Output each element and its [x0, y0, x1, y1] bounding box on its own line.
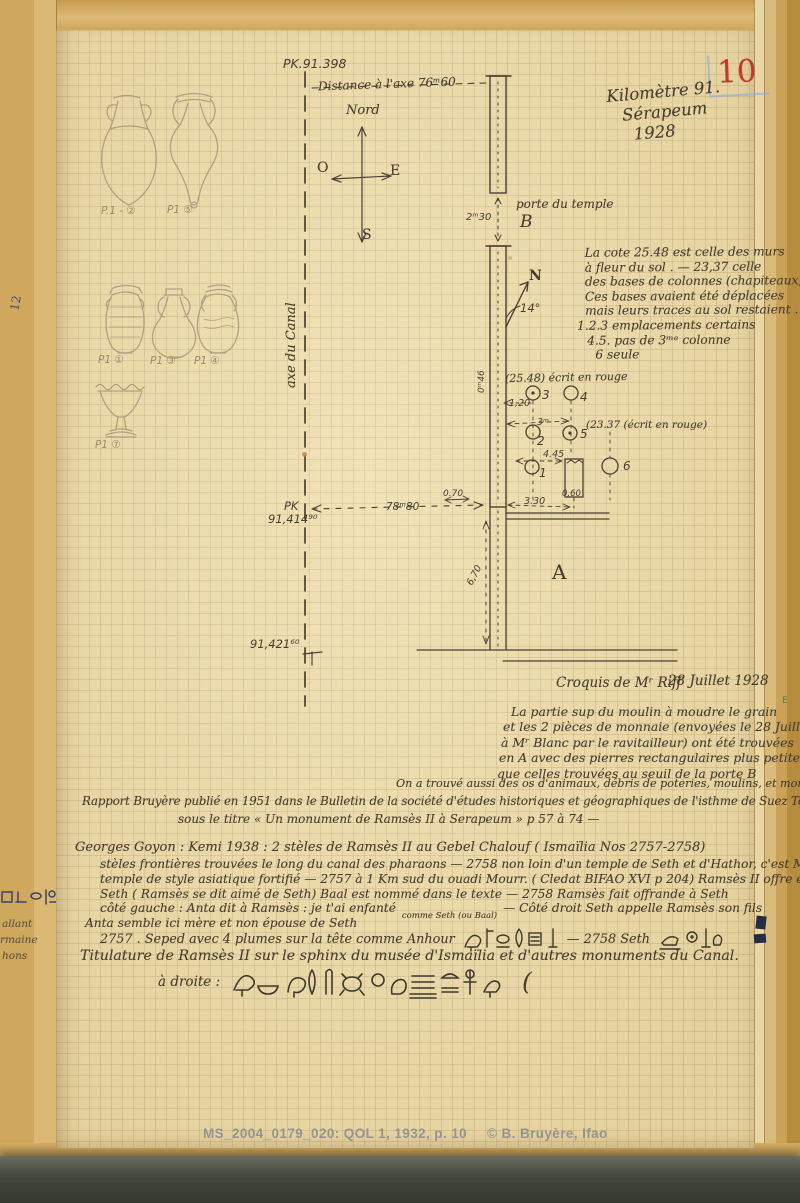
goyon-line-5c: — Côté droit Seth appelle Ramsès son fil…	[503, 901, 762, 915]
titulature-side-label: à droite :	[158, 974, 220, 990]
room-a-label: A	[552, 560, 566, 584]
croquis-caption: Croquis de Mʳ Riff	[556, 675, 682, 691]
jar-3-sketch	[197, 285, 238, 353]
margin-rotated-mark: 12	[7, 294, 23, 311]
found-objects-line: On a trouvé aussi des os d'animaux, débr…	[396, 777, 800, 790]
measure-060: 0,60	[562, 489, 581, 499]
measure-330: 3.30	[524, 496, 545, 507]
note-line: des bases de colonnes (chapiteaux)	[585, 273, 800, 289]
pk-left-line2: 91,414⁹⁰	[268, 513, 317, 526]
amphora-1-sketch	[102, 96, 157, 206]
red-note-2337: (23.37 (écrit en rouge)	[586, 419, 707, 431]
notebook-scan: 10 PK.91.398 Kilomètre 91. Sérapeum 1928	[0, 0, 800, 1203]
titulature-glyphs-icon	[226, 962, 516, 1002]
column-number-6: 6	[623, 459, 631, 473]
column-number-4: 4	[580, 390, 588, 404]
north-angle-label: 14°	[520, 301, 540, 315]
note-line: 1.2.3 emplacements certains	[577, 317, 800, 333]
titulature-glyph-row: à droite : (	[158, 962, 532, 1002]
right-note-block: La cote 25.48 est celle des murs à fleur…	[577, 244, 800, 362]
axis-label: axe du Canal	[284, 302, 299, 388]
note-line: 4.5. pas de 3ᵐᵉ colonne	[587, 332, 800, 348]
compass-south-label: S	[362, 227, 372, 243]
goyon-line-7b: — 2758 Seth	[567, 932, 650, 947]
measure-7880: 78ᵐ80	[386, 501, 419, 513]
north-letter: N	[529, 268, 542, 284]
measure-120: 1,20	[509, 398, 530, 409]
wall-width-label: 0ᵐ46	[477, 370, 487, 393]
column-number-1: 1	[539, 466, 547, 480]
note-line: mais leurs traces au sol restaient .	[585, 303, 800, 319]
goyon-line-1: Georges Goyon : Kemi 1938 : 2 stèles de …	[75, 840, 705, 855]
note-line: Ces bases avaient été déplacées	[585, 288, 800, 304]
note-line: La cote 25.48 est celle des murs	[585, 244, 800, 260]
goyon-line-5: côté gauche : Anta dit à Ramsès : je t'a…	[100, 901, 762, 915]
sketch-label-6: P1 ⑦	[95, 439, 121, 451]
paper-stain	[302, 452, 307, 457]
chalice-sketch	[96, 385, 144, 438]
paper-stain	[508, 256, 512, 260]
margin-fragment-2: rmaine	[0, 934, 38, 946]
amphora-2-sketch	[170, 94, 217, 209]
edge-letter-mark: E	[782, 696, 788, 706]
measure-3m: 3ᵐ	[537, 417, 549, 428]
rapport-line-1: Rapport Bruyère publié en 1951 dans le B…	[82, 794, 800, 808]
goyon-line-2: stèles frontières trouvées le long du ca…	[100, 857, 800, 871]
footer-credit: © B. Bruyère, Ifao	[487, 1126, 608, 1141]
page-edge-right-4	[787, 0, 800, 1203]
note-line: à fleur du sol . — 23,37 celle	[585, 259, 800, 275]
titulature-paren: (	[522, 968, 531, 996]
footer-id: MS_2004_0179_020: QOL 1, 1932, p. 10	[203, 1126, 467, 1141]
paragraph-line: en A avec des pierres rectangulaires plu…	[499, 750, 800, 765]
margin-fragment-1: allant	[2, 918, 32, 930]
column-number-2: 2	[537, 434, 545, 448]
sketch-label-4: P1 ③	[150, 355, 176, 367]
goyon-line-7a: 2757 . Seped avec 4 plumes sur la tête c…	[100, 932, 455, 947]
edge-ink-mark-2	[754, 934, 767, 944]
page-edge-top	[0, 0, 800, 30]
sketch-label-5: P1 ④	[194, 355, 220, 367]
page-number: 10	[716, 53, 757, 90]
note-line: 6 seule	[595, 346, 800, 362]
goyon-line-4: Seth ( Ramsès se dit aimé de Seth) Baal …	[100, 887, 729, 901]
table-shadow-bottom	[0, 1156, 800, 1203]
findings-paragraph: La partie sup du moulin à moudre le grai…	[497, 704, 800, 781]
pk-bottom-label: 91,421⁶⁰	[250, 637, 299, 651]
paragraph-line: La partie sup du moulin à moudre le grai…	[511, 704, 800, 719]
jar-1-sketch	[106, 286, 144, 354]
sketch-label-3: P1 ①	[98, 354, 124, 366]
page-title: Kilomètre 91. Sérapeum 1928	[606, 77, 725, 147]
gate-letter: B	[520, 212, 533, 232]
gate-label: porte du temple	[516, 197, 614, 211]
compass-east-label: E	[390, 163, 400, 179]
pottery-sketches	[80, 85, 260, 465]
edge-ink-mark-1	[755, 916, 766, 930]
pk-left-label: PK 91,414⁹⁰	[268, 500, 317, 526]
sketch-label-1: P.1 - ②	[101, 205, 136, 217]
paragraph-line: et les 2 pièces de monnaie (envoyées le …	[503, 719, 800, 734]
compass-west-label: O	[317, 160, 328, 176]
measure-445: 4.45	[543, 449, 564, 460]
croquis-date: 28 Juillet 1928	[668, 673, 769, 689]
paragraph-line: à Mʳ Blanc par le ravitailleur) ont été …	[501, 735, 800, 750]
column-number-3: 3	[542, 388, 550, 402]
goyon-line-3: temple de style asiatique fortifié — 275…	[100, 872, 800, 886]
column-number-5: 5	[580, 427, 588, 441]
sketch-label-2: P1 ⑤	[167, 204, 193, 216]
page-edge-left-inner	[34, 0, 57, 1203]
margin-glyphs-icon	[0, 886, 56, 910]
page-edge-right-3	[776, 0, 787, 1203]
red-note-2548: (25.48) écrit en rouge	[505, 370, 628, 385]
page-edge-left-outer	[0, 0, 35, 1203]
goyon-line-5b-interlinear: comme Seth (ou Baal)	[402, 911, 497, 921]
gate-width-label: 2ᵐ30	[466, 212, 491, 223]
goyon-line-5a: côté gauche : Anta dit à Ramsès : je t'a…	[100, 901, 396, 915]
rapport-line-2: sous le titre « Un monument de Ramsès II…	[178, 812, 599, 826]
compass-north-label: Nord	[346, 103, 380, 118]
margin-fragment-3: hons	[2, 950, 27, 962]
measure-070: 0.70	[443, 489, 463, 499]
pk-top-label: PK.91.398	[283, 56, 346, 71]
jar-2-sketch	[153, 289, 196, 358]
